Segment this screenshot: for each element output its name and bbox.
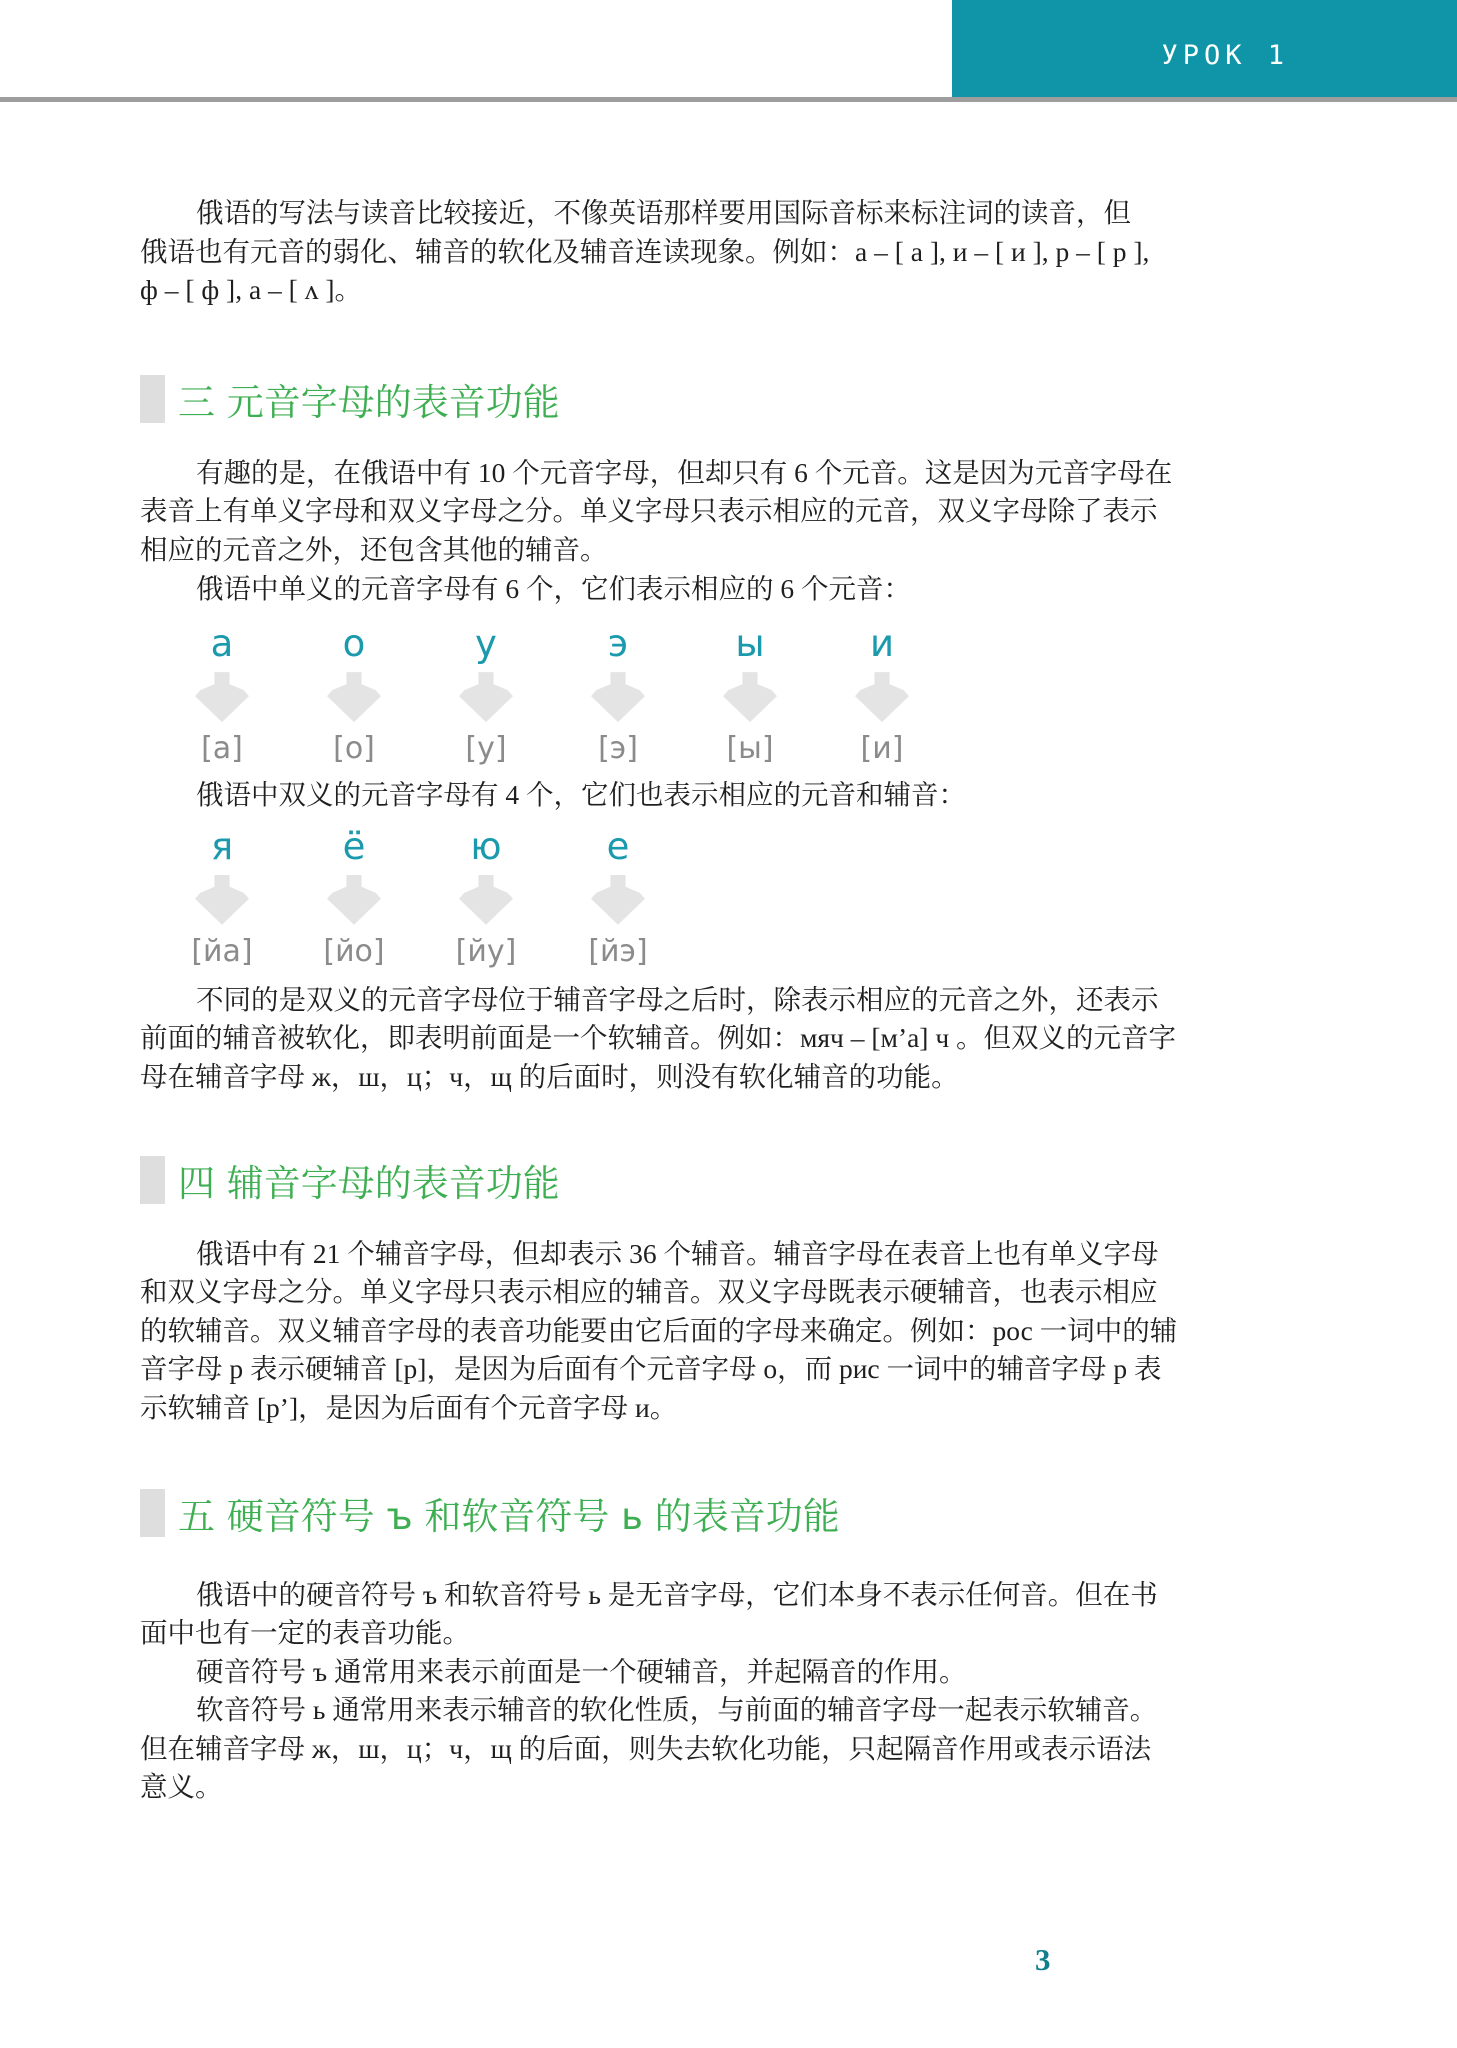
text-line: 相应的元音之外，还包含其他的辅音。 [140,531,1318,570]
vowel-column: о [о] [288,624,420,766]
vowel-sound: [у] [420,732,552,766]
vowel-column: я [йа] [156,827,288,969]
paragraph: 俄语中的硬音符号 ъ 和软音符号 ь 是无音字母，它们本身不表示任何音。但在书 … [140,1576,1318,1808]
vowel-column: у [у] [420,624,552,766]
vowel-sound: [и] [816,732,948,766]
vowel-column: и [и] [816,624,948,766]
text-line: 表音上有单义字母和双义字母之分。单义字母只表示相应的元音，双义字母除了表示 [140,492,1318,531]
text-line: 示软辅音 [р’]，是因为后面有个元音字母 и。 [140,1389,1318,1428]
vowel-letter: а [156,624,288,664]
vowel-sound: [о] [288,732,420,766]
vowel-letter: е [552,827,684,867]
vowel-sound: [э] [552,732,684,766]
text-line: 的软辅音。双义辅音字母的表音功能要由它后面的字母来确定。例如：рос 一词中的辅 [140,1312,1318,1351]
vowel-sound: [а] [156,732,288,766]
vowel-column: е [йэ] [552,827,684,969]
paragraph: 不同的是双义的元音字母位于辅音字母之后时，除表示相应的元音之外，还表示 前面的辅… [140,981,1318,1097]
text-line: 和双义字母之分。单义字母只表示相应的辅音。双义字母既表示硬辅音，也表示相应 [140,1273,1318,1312]
vowel-letter: у [420,624,552,664]
text-line: 有趣的是，在俄语中有 10 个元音字母，但却只有 6 个元音。这是因为元音字母在 [140,454,1318,493]
down-arrow-icon [459,672,513,722]
down-arrow-icon [459,875,513,925]
down-arrow-icon [591,875,645,925]
vowel-column: э [э] [552,624,684,766]
text-line: 但在辅音字母 ж，ш，ц；ч，щ 的后面，则失去软化功能，只起隔音作用或表示语法 [140,1730,1318,1769]
section-title: 三 元音字母的表音功能 [178,372,560,426]
text-line: 俄语中双义的元音字母有 4 个，它们也表示相应的元音和辅音： [140,776,1318,815]
vowel-column: а [а] [156,624,288,766]
text-line: 前面的辅音被软化，即表明前面是一个软辅音。例如：мяч – [м’а] ч 。但… [140,1019,1318,1058]
vowel-letter: ё [288,827,420,867]
section-heading-signs: 五 硬音符号 ъ 和软音符号 ь 的表音功能 [140,1486,1318,1540]
vowel-letter: о [288,624,420,664]
section-title: 四 辅音字母的表音功能 [178,1153,560,1207]
text-line: 俄语中有 21 个辅音字母，但却表示 36 个辅音。辅音字母在表音上也有单义字母 [140,1235,1318,1274]
heading-marker [140,1489,165,1537]
down-arrow-icon [195,672,249,722]
text-line: 不同的是双义的元音字母位于辅音字母之后时，除表示相应的元音之外，还表示 [140,981,1318,1020]
vowel-chart-monovalent: а [а] о [о] у [у] э [э] ы [ы] и [и] [140,624,1318,766]
vowel-letter: я [156,827,288,867]
vowel-letter: ю [420,827,552,867]
down-arrow-icon [591,672,645,722]
section-heading-consonants: 四 辅音字母的表音功能 [140,1153,1318,1207]
vowel-sound: [ы] [684,732,816,766]
paragraph: 俄语中双义的元音字母有 4 个，它们也表示相应的元音和辅音： [140,776,1318,815]
vowel-column: ё [йо] [288,827,420,969]
page-number: 3 [1035,1942,1051,1978]
vowel-letter: ы [684,624,816,664]
text-line: ф – [ ф ], а – [ ʌ ]。 [140,271,1318,310]
down-arrow-icon [327,672,381,722]
down-arrow-icon [195,875,249,925]
text-line: 俄语中单义的元音字母有 6 个，它们表示相应的 6 个元音： [140,570,1318,609]
vowel-sound: [йа] [156,935,288,969]
text-line: 俄语中的硬音符号 ъ 和软音符号 ь 是无音字母，它们本身不表示任何音。但在书 [140,1576,1318,1615]
heading-marker [140,375,165,423]
section-heading-vowels: 三 元音字母的表音功能 [140,372,1318,426]
paragraph: 俄语中有 21 个辅音字母，但却表示 36 个辅音。辅音字母在表音上也有单义字母… [140,1235,1318,1428]
vowel-chart-bivalent: я [йа] ё [йо] ю [йу] е [йэ] [140,827,1318,969]
vowel-letter: э [552,624,684,664]
vowel-sound: [йу] [420,935,552,969]
page-content: 俄语的写法与读音比较接近，不像英语那样要用国际音标来标注词的读音，但 俄语也有元… [140,102,1318,1807]
down-arrow-icon [855,672,909,722]
text-line: 意义。 [140,1768,1318,1807]
text-line: 俄语也有元音的弱化、辅音的软化及辅音连读现象。例如：а – [ а ], и –… [140,233,1318,272]
vowel-letter: и [816,624,948,664]
lesson-label: УРОК 1 [1161,40,1289,71]
vowel-column: ы [ы] [684,624,816,766]
vowel-sound: [йо] [288,935,420,969]
vowel-column: ю [йу] [420,827,552,969]
text-line: 软音符号 ь 通常用来表示辅音的软化性质，与前面的辅音字母一起表示软辅音。 [140,1691,1318,1730]
text-line: 音字母 р 表示硬辅音 [р]，是因为后面有个元音字母 о，而 рис 一词中的… [140,1350,1318,1389]
textbook-page: { "page_header": { "lesson_label": "УРОК… [0,0,1457,2048]
text-line: 硬音符号 ъ 通常用来表示前面是一个硬辅音，并起隔音的作用。 [140,1653,1318,1692]
section-title: 五 硬音符号 ъ 和软音符号 ь 的表音功能 [178,1486,840,1540]
heading-marker [140,1156,165,1204]
down-arrow-icon [327,875,381,925]
intro-paragraph: 俄语的写法与读音比较接近，不像英语那样要用国际音标来标注词的读音，但 俄语也有元… [140,194,1318,310]
text-line: 面中也有一定的表音功能。 [140,1614,1318,1653]
down-arrow-icon [723,672,777,722]
text-line: 母在辅音字母 ж，ш，ц；ч，щ 的后面时，则没有软化辅音的功能。 [140,1058,1318,1097]
vowel-sound: [йэ] [552,935,684,969]
text-line: 俄语的写法与读音比较接近，不像英语那样要用国际音标来标注词的读音，但 [140,194,1318,233]
paragraph: 有趣的是，在俄语中有 10 个元音字母，但却只有 6 个元音。这是因为元音字母在… [140,454,1318,608]
